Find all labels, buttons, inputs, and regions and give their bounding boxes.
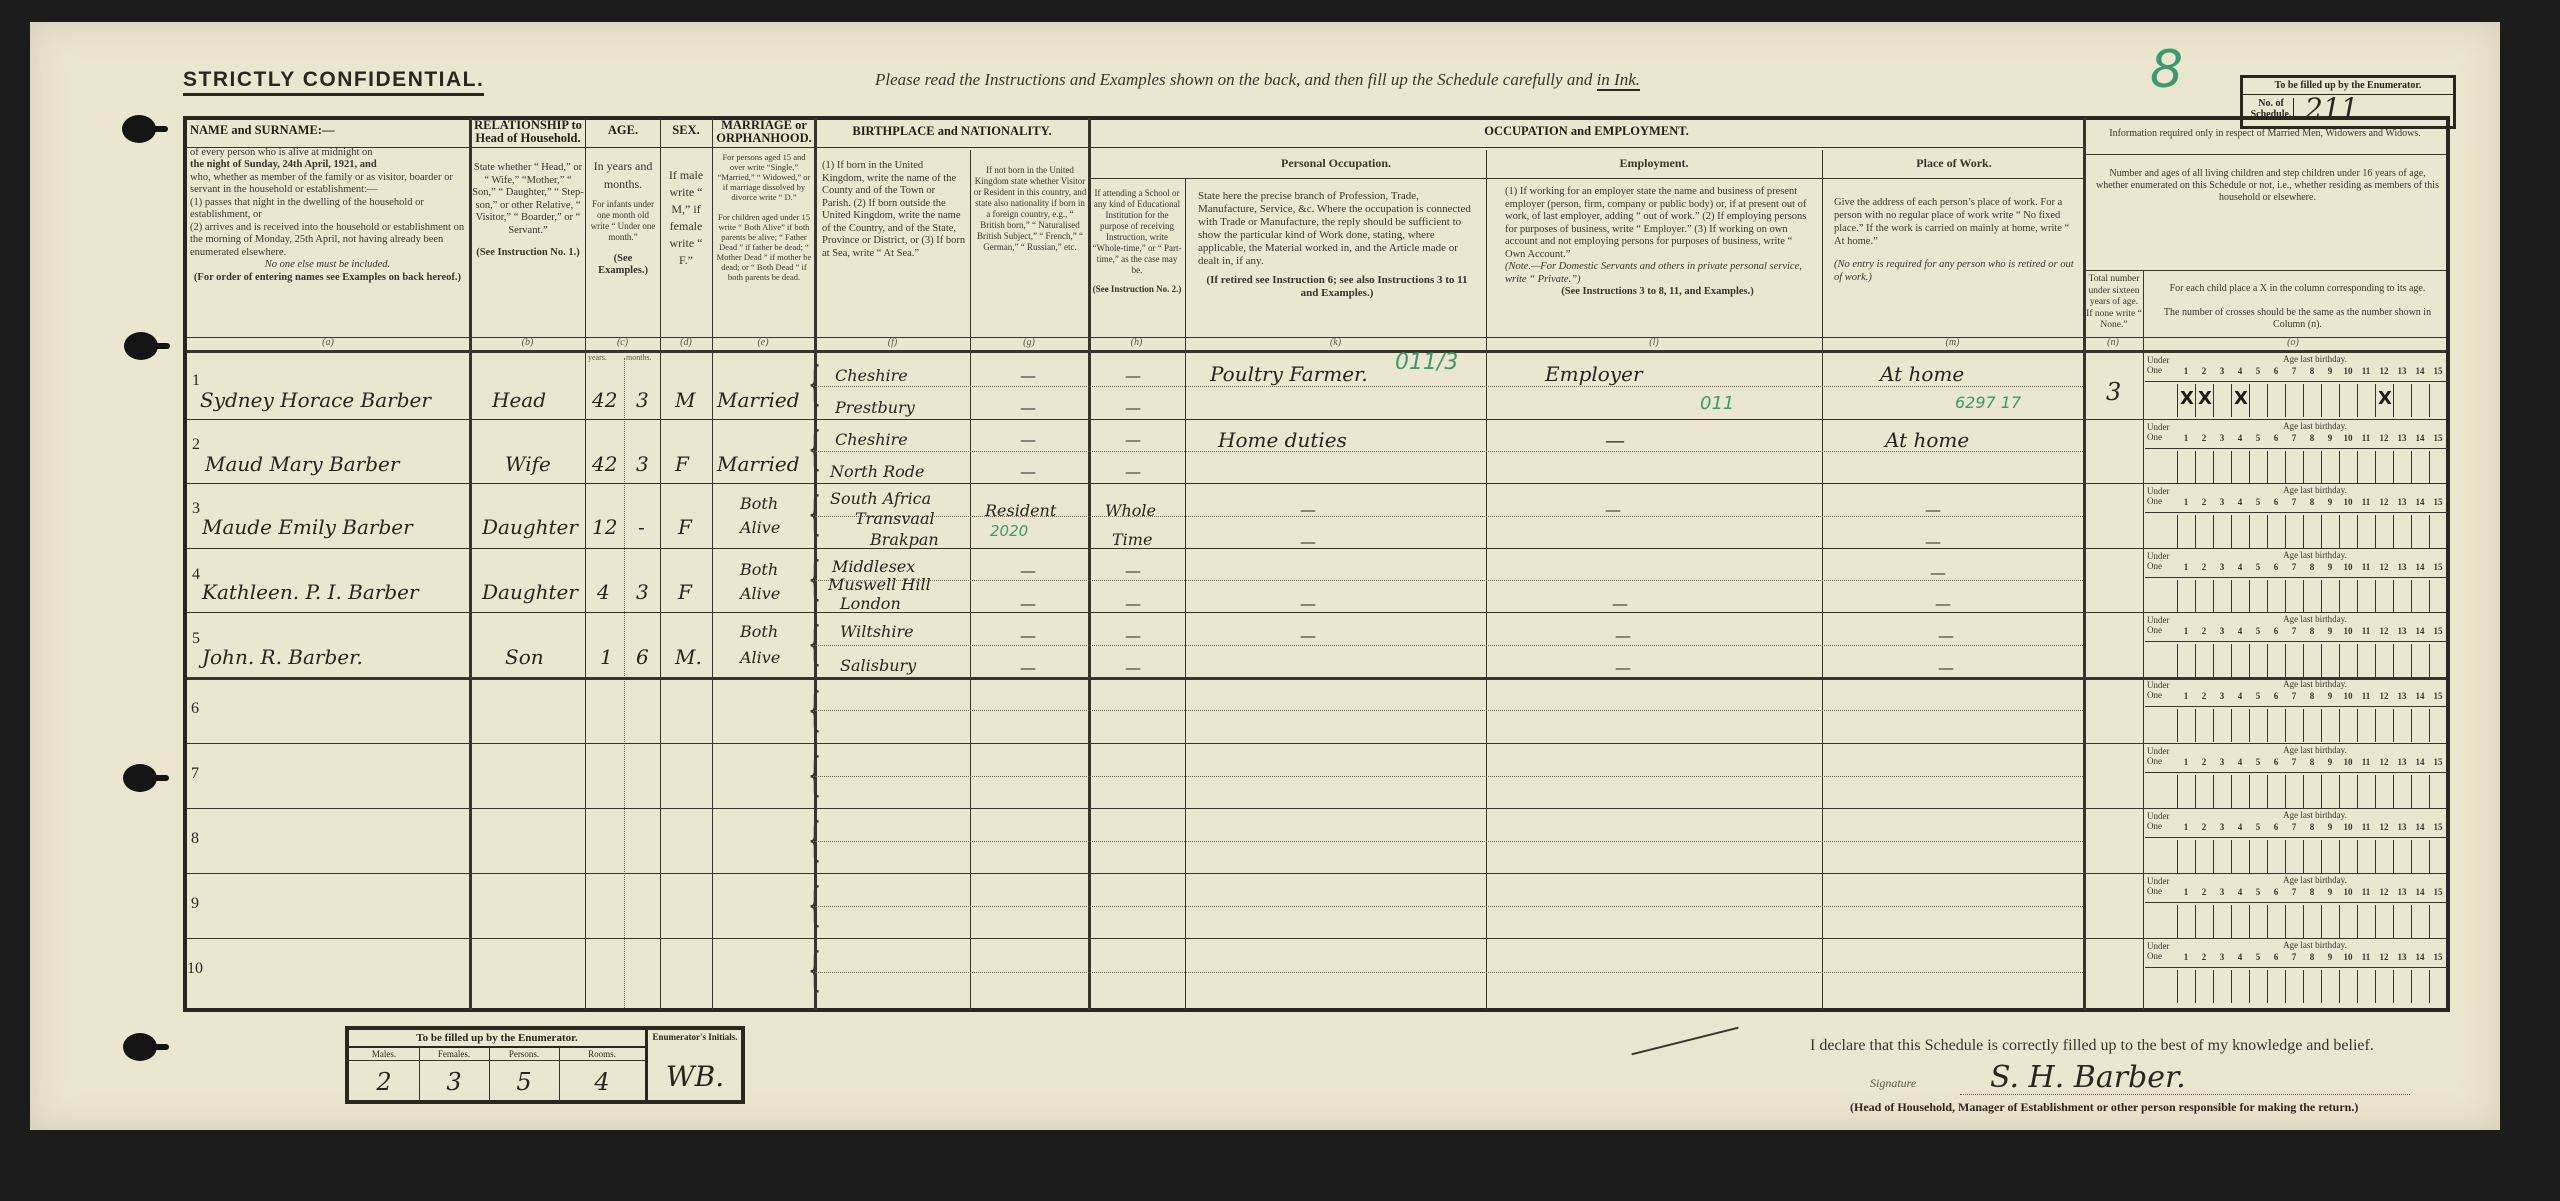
age-checkbox-10[interactable]: [2339, 451, 2357, 484]
age-last-birthday-grid: Under OneAge last birthday.1234567891011…: [2145, 550, 2448, 614]
age-checkbox-14[interactable]: [2411, 384, 2429, 417]
age-checkbox-11[interactable]: [2357, 644, 2375, 677]
birthplace-town[interactable]: Prestbury: [835, 398, 915, 417]
age-checkbox-2[interactable]: [2195, 840, 2213, 873]
age-checkbox-4[interactable]: [2231, 515, 2249, 548]
age-checkbox-12[interactable]: [2375, 840, 2393, 873]
age-checkbox-5[interactable]: [2249, 580, 2267, 613]
age-checkbox-2[interactable]: [2195, 580, 2213, 613]
col-l-title: Employment.: [1489, 157, 1819, 170]
age-checkbox-11[interactable]: [2357, 970, 2375, 1003]
age-checkbox-13[interactable]: [2393, 644, 2411, 677]
age-checkbox-8[interactable]: [2303, 840, 2321, 873]
age-checkbox-6[interactable]: [2267, 515, 2285, 548]
col-g-header: If not born in the United Kingdom state …: [973, 165, 1087, 253]
age-checkbox-5[interactable]: [2249, 775, 2267, 808]
age-checkbox-3[interactable]: [2213, 644, 2231, 677]
cross-mark: X: [2234, 388, 2248, 409]
signature-label: Signature: [1870, 1076, 1916, 1091]
age-checkbox-1[interactable]: [2177, 840, 2195, 873]
relationship-cell[interactable]: Wife: [505, 452, 551, 476]
age-checkbox-5[interactable]: [2249, 840, 2267, 873]
age-checkbox-2[interactable]: [2195, 775, 2213, 808]
place-code: 6297 17: [1955, 393, 2021, 412]
age-checkbox-2[interactable]: [2195, 644, 2213, 677]
age-checkbox-10[interactable]: [2339, 775, 2357, 808]
age-checkbox-14[interactable]: [2411, 580, 2429, 613]
age-checkbox-6[interactable]: [2267, 384, 2285, 417]
age-checkbox-11[interactable]: [2357, 451, 2375, 484]
enumerator-initials[interactable]: WB.: [649, 1060, 741, 1093]
age-checkbox-8[interactable]: [2303, 515, 2321, 548]
age-checkbox-15[interactable]: [2429, 451, 2447, 484]
employment-code: 011: [1700, 393, 1734, 414]
age-checkbox-11[interactable]: [2357, 580, 2375, 613]
age-checkbox-10[interactable]: [2339, 515, 2357, 548]
age-checkbox-4[interactable]: [2231, 580, 2249, 613]
age-checkbox-11[interactable]: [2357, 709, 2375, 742]
age-years-cell[interactable]: 12: [592, 515, 617, 539]
sex-cell[interactable]: M: [675, 388, 695, 412]
age-checkbox-12[interactable]: [2375, 580, 2393, 613]
age-checkbox-1[interactable]: [2177, 970, 2195, 1003]
age-months-cell[interactable]: 3: [636, 388, 649, 412]
name-cell[interactable]: Maude Emily Barber: [202, 515, 413, 539]
punch-hole: [122, 115, 156, 143]
age-months-cell[interactable]: 6: [636, 645, 649, 669]
age-checkbox-13[interactable]: [2393, 905, 2411, 938]
age-checkbox-15[interactable]: [2429, 644, 2447, 677]
age-checkbox-7[interactable]: [2285, 515, 2303, 548]
age-checkbox-14[interactable]: [2411, 840, 2429, 873]
age-last-birthday-grid: Under OneAge last birthday.1234567891011…: [2145, 614, 2448, 678]
age-last-birthday-grid: Under OneAge last birthday.1234567891011…: [2145, 810, 2448, 874]
age-checkbox-3[interactable]: [2213, 905, 2231, 938]
relationship-cell[interactable]: Daughter: [482, 580, 578, 604]
name-cell[interactable]: John. R. Barber.: [202, 645, 363, 669]
rooms-count[interactable]: 4: [559, 1068, 645, 1096]
children-total-cell[interactable]: 3: [2106, 378, 2121, 406]
age-checkbox-13[interactable]: [2393, 580, 2411, 613]
age-checkbox-9[interactable]: [2321, 515, 2339, 548]
col-a-header: NAME and SURNAME:— of every person who i…: [190, 124, 465, 284]
marriage-cell[interactable]: Married: [717, 388, 800, 412]
age-checkbox-2[interactable]: [2195, 451, 2213, 484]
age-checkbox-8[interactable]: [2303, 384, 2321, 417]
age-checkbox-3[interactable]: [2213, 840, 2231, 873]
cross-mark: X: [2198, 388, 2212, 409]
age-checkbox-13[interactable]: [2393, 451, 2411, 484]
age-checkbox-13[interactable]: [2393, 384, 2411, 417]
relationship-cell[interactable]: Head: [492, 388, 546, 412]
age-checkbox-7[interactable]: [2285, 840, 2303, 873]
enumerator-box: To be filled up by the Enumerator. Enume…: [345, 1026, 745, 1104]
age-checkbox-6[interactable]: [2267, 644, 2285, 677]
age-last-birthday-grid: Under OneAge last birthday.1234567891011…: [2145, 679, 2448, 743]
punch-hole: [123, 764, 157, 792]
age-checkbox-4[interactable]: [2231, 970, 2249, 1003]
age-checkbox-12[interactable]: [2375, 905, 2393, 938]
instructions-line: Please read the Instructions and Example…: [875, 70, 1640, 90]
age-checkbox-14[interactable]: [2411, 775, 2429, 808]
age-checkbox-3[interactable]: [2213, 775, 2231, 808]
age-checkbox-7[interactable]: [2285, 644, 2303, 677]
age-checkbox-12[interactable]: [2375, 644, 2393, 677]
employment-cell[interactable]: Employer: [1545, 362, 1643, 386]
age-months-cell[interactable]: 3: [636, 580, 649, 604]
cross-mark: X: [2180, 388, 2194, 409]
age-checkbox-2[interactable]: [2195, 905, 2213, 938]
age-checkbox-5[interactable]: [2249, 515, 2267, 548]
age-checkbox-9[interactable]: [2321, 580, 2339, 613]
age-checkbox-6[interactable]: [2267, 905, 2285, 938]
age-checkbox-7[interactable]: [2285, 970, 2303, 1003]
age-checkbox-13[interactable]: [2393, 709, 2411, 742]
age-years-cell[interactable]: 42: [592, 452, 617, 476]
age-checkbox-4[interactable]: [2231, 840, 2249, 873]
age-checkbox-12[interactable]: [2375, 515, 2393, 548]
age-checkbox-14[interactable]: [2411, 905, 2429, 938]
age-checkbox-7[interactable]: [2285, 580, 2303, 613]
birthplace-county[interactable]: Cheshire: [835, 366, 908, 385]
marriage-cell[interactable]: Both: [740, 560, 778, 579]
age-checkbox-8[interactable]: [2303, 644, 2321, 677]
relationship-cell[interactable]: Daughter: [482, 515, 578, 539]
age-last-birthday-grid: Under OneAge last birthday.1X2X34X567891…: [2145, 354, 2448, 418]
age-checkbox-6[interactable]: [2267, 840, 2285, 873]
col-k-header: State here the precise branch of Profess…: [1198, 190, 1476, 300]
occupation-cell[interactable]: Home duties: [1218, 428, 1347, 452]
age-checkbox-10[interactable]: [2339, 840, 2357, 873]
margin-annotation: 8: [2150, 40, 2183, 100]
age-checkbox-1[interactable]: [2177, 905, 2195, 938]
age-checkbox-1[interactable]: [2177, 451, 2195, 484]
age-checkbox-14[interactable]: [2411, 515, 2429, 548]
age-checkbox-9[interactable]: [2321, 451, 2339, 484]
age-checkbox-6[interactable]: [2267, 709, 2285, 742]
age-checkbox-15[interactable]: [2429, 580, 2447, 613]
age-checkbox-5[interactable]: [2249, 644, 2267, 677]
age-checkbox-10[interactable]: [2339, 709, 2357, 742]
page-title: STRICTLY CONFIDENTIAL.: [183, 68, 484, 96]
age-checkbox-8[interactable]: [2303, 775, 2321, 808]
age-checkbox-7[interactable]: [2285, 451, 2303, 484]
age-checkbox-12[interactable]: [2375, 775, 2393, 808]
age-last-birthday-grid: Under OneAge last birthday.1234567891011…: [2145, 940, 2448, 1004]
declaration-text: I declare that this Schedule is correctl…: [1810, 1037, 2374, 1055]
age-checkbox-4[interactable]: [2231, 775, 2249, 808]
age-checkbox-8[interactable]: [2303, 451, 2321, 484]
age-last-birthday-grid: Under OneAge last birthday.1234567891011…: [2145, 875, 2448, 939]
age-checkbox-14[interactable]: [2411, 970, 2429, 1003]
col-l-header: (1) If working for an employer state the…: [1505, 186, 1810, 299]
sex-cell[interactable]: F: [678, 580, 692, 604]
persons-count[interactable]: 5: [489, 1068, 559, 1096]
marriage-cell[interactable]: Married: [717, 452, 800, 476]
age-checkbox-15[interactable]: [2429, 905, 2447, 938]
age-years-cell[interactable]: 1: [600, 645, 613, 669]
age-checkbox-9[interactable]: [2321, 905, 2339, 938]
age-checkbox-10[interactable]: [2339, 580, 2357, 613]
age-checkbox-9[interactable]: [2321, 644, 2339, 677]
age-last-birthday-grid: Under OneAge last birthday.1234567891011…: [2145, 485, 2448, 549]
age-checkbox-15[interactable]: [2429, 840, 2447, 873]
col-h-header: If attending a School or any kind of Edu…: [1091, 188, 1183, 295]
age-checkbox-13[interactable]: [2393, 840, 2411, 873]
col-c-header: AGE. In years and months. For infants un…: [588, 124, 658, 278]
name-cell[interactable]: Kathleen. P. I. Barber: [202, 580, 419, 604]
age-checkbox-11[interactable]: [2357, 905, 2375, 938]
age-checkbox-6[interactable]: [2267, 451, 2285, 484]
age-months-cell[interactable]: 3: [636, 452, 649, 476]
col-m-header: Give the address of each person’s place …: [1834, 196, 2074, 284]
age-checkbox-2[interactable]: [2195, 709, 2213, 742]
age-checkbox-4[interactable]: [2231, 905, 2249, 938]
age-checkbox-11[interactable]: [2357, 840, 2375, 873]
age-checkbox-9[interactable]: [2321, 384, 2339, 417]
place-of-work-cell[interactable]: At home: [1880, 362, 1964, 386]
sex-cell[interactable]: F: [678, 515, 692, 539]
col-b-header: RELATIONSHIP to Head of Household. State…: [472, 119, 584, 260]
age-checkbox-9[interactable]: [2321, 840, 2339, 873]
place-of-work-cell[interactable]: At home: [1885, 428, 1969, 452]
relationship-cell[interactable]: Son: [505, 645, 544, 669]
age-checkbox-15[interactable]: [2429, 970, 2447, 1003]
age-checkbox-13[interactable]: [2393, 515, 2411, 548]
age-checkbox-1[interactable]: [2177, 644, 2195, 677]
name-cell[interactable]: Maud Mary Barber: [205, 452, 399, 476]
age-checkbox-9[interactable]: [2321, 709, 2339, 742]
age-checkbox-3[interactable]: [2213, 580, 2231, 613]
age-checkbox-3[interactable]: [2213, 451, 2231, 484]
age-checkbox-5[interactable]: [2249, 709, 2267, 742]
age-checkbox-12[interactable]: [2375, 451, 2393, 484]
age-checkbox-13[interactable]: [2393, 970, 2411, 1003]
age-checkbox-1[interactable]: [2177, 709, 2195, 742]
age-checkbox-3[interactable]: [2213, 709, 2231, 742]
birthplace-group-header: BIRTHPLACE and NATIONALITY.: [818, 125, 1086, 138]
age-years-cell[interactable]: 42: [592, 388, 617, 412]
employment-cell[interactable]: —: [1605, 428, 1625, 452]
age-checkbox-4[interactable]: [2231, 709, 2249, 742]
col-f-header: (1) If born in the United Kingdom, write…: [822, 160, 966, 260]
col-n-header: Total number under sixteen years of age.…: [2086, 274, 2142, 332]
col-k-title: Personal Occupation.: [1188, 157, 1484, 170]
females-count[interactable]: 3: [419, 1068, 489, 1096]
age-checkbox-1[interactable]: [2177, 515, 2195, 548]
age-checkbox-14[interactable]: [2411, 451, 2429, 484]
age-checkbox-8[interactable]: [2303, 709, 2321, 742]
name-cell[interactable]: Sydney Horace Barber: [200, 388, 431, 412]
age-checkbox-15[interactable]: [2429, 709, 2447, 742]
age-last-birthday-grid: Under OneAge last birthday.1234567891011…: [2145, 745, 2448, 809]
col-m-title: Place of Work.: [1825, 157, 2083, 170]
col-d-header: SEX. If male write “ M,” if female write…: [662, 124, 710, 269]
age-checkbox-3[interactable]: [2213, 384, 2231, 417]
age-checkbox-15[interactable]: [2429, 384, 2447, 417]
marriage-cell[interactable]: Both: [740, 622, 778, 641]
occupation-group-header: OCCUPATION and EMPLOYMENT.: [1090, 125, 2083, 138]
age-checkbox-12[interactable]: [2375, 709, 2393, 742]
punch-hole: [123, 1033, 157, 1061]
age-checkbox-15[interactable]: [2429, 515, 2447, 548]
age-checkbox-6[interactable]: [2267, 775, 2285, 808]
age-checkbox-11[interactable]: [2357, 515, 2375, 548]
col-e-header: MARRIAGE or ORPHANHOOD. For persons aged…: [715, 119, 813, 282]
age-checkbox-13[interactable]: [2393, 775, 2411, 808]
age-checkbox-10[interactable]: [2339, 905, 2357, 938]
age-checkbox-10[interactable]: [2339, 644, 2357, 677]
occupation-cell[interactable]: Poultry Farmer.: [1210, 362, 1368, 386]
age-checkbox-1[interactable]: [2177, 580, 2195, 613]
age-checkbox-8[interactable]: [2303, 970, 2321, 1003]
age-checkbox-10[interactable]: [2339, 384, 2357, 417]
age-checkbox-14[interactable]: [2411, 709, 2429, 742]
age-years-cell[interactable]: 4: [597, 580, 610, 604]
children-description: Number and ages of all living children a…: [2095, 168, 2440, 204]
age-checkbox-7[interactable]: [2285, 905, 2303, 938]
age-checkbox-5[interactable]: [2249, 451, 2267, 484]
age-checkbox-5[interactable]: [2249, 384, 2267, 417]
age-checkbox-7[interactable]: [2285, 709, 2303, 742]
col-o-header: For each child place a X in the column c…: [2155, 283, 2440, 331]
age-checkbox-9[interactable]: [2321, 970, 2339, 1003]
age-checkbox-4[interactable]: [2231, 644, 2249, 677]
marriage-cell[interactable]: Both: [740, 494, 778, 513]
age-checkbox-10[interactable]: [2339, 970, 2357, 1003]
age-checkbox-5[interactable]: [2249, 970, 2267, 1003]
age-months-cell[interactable]: -: [638, 515, 645, 539]
age-checkbox-2[interactable]: [2195, 970, 2213, 1003]
age-last-birthday-grid: Under OneAge last birthday.1234567891011…: [2145, 421, 2448, 485]
males-count[interactable]: 2: [349, 1068, 419, 1096]
sex-cell[interactable]: M.: [675, 645, 702, 669]
punch-hole: [124, 332, 158, 360]
age-checkbox-9[interactable]: [2321, 775, 2339, 808]
age-checkbox-8[interactable]: [2303, 905, 2321, 938]
age-checkbox-15[interactable]: [2429, 775, 2447, 808]
age-checkbox-5[interactable]: [2249, 905, 2267, 938]
age-checkbox-6[interactable]: [2267, 580, 2285, 613]
age-checkbox-11[interactable]: [2357, 384, 2375, 417]
age-checkbox-12[interactable]: [2375, 970, 2393, 1003]
age-checkbox-14[interactable]: [2411, 644, 2429, 677]
age-checkbox-11[interactable]: [2357, 775, 2375, 808]
cross-mark: X: [2378, 388, 2392, 409]
age-checkbox-3[interactable]: [2213, 970, 2231, 1003]
age-checkbox-7[interactable]: [2285, 775, 2303, 808]
age-checkbox-8[interactable]: [2303, 580, 2321, 613]
occupation-code: 011/3: [1395, 350, 1458, 375]
age-checkbox-1[interactable]: [2177, 775, 2195, 808]
age-checkbox-7[interactable]: [2285, 384, 2303, 417]
signature-caption: (Head of Household, Manager of Establish…: [1850, 1100, 2358, 1115]
signature[interactable]: S. H. Barber.: [1990, 1060, 2186, 1095]
age-checkbox-4[interactable]: [2231, 451, 2249, 484]
children-group-header: Information required only in respect of …: [2090, 128, 2440, 140]
age-checkbox-6[interactable]: [2267, 970, 2285, 1003]
sex-cell[interactable]: F: [675, 452, 689, 476]
age-checkbox-2[interactable]: [2195, 515, 2213, 548]
age-checkbox-3[interactable]: [2213, 515, 2231, 548]
